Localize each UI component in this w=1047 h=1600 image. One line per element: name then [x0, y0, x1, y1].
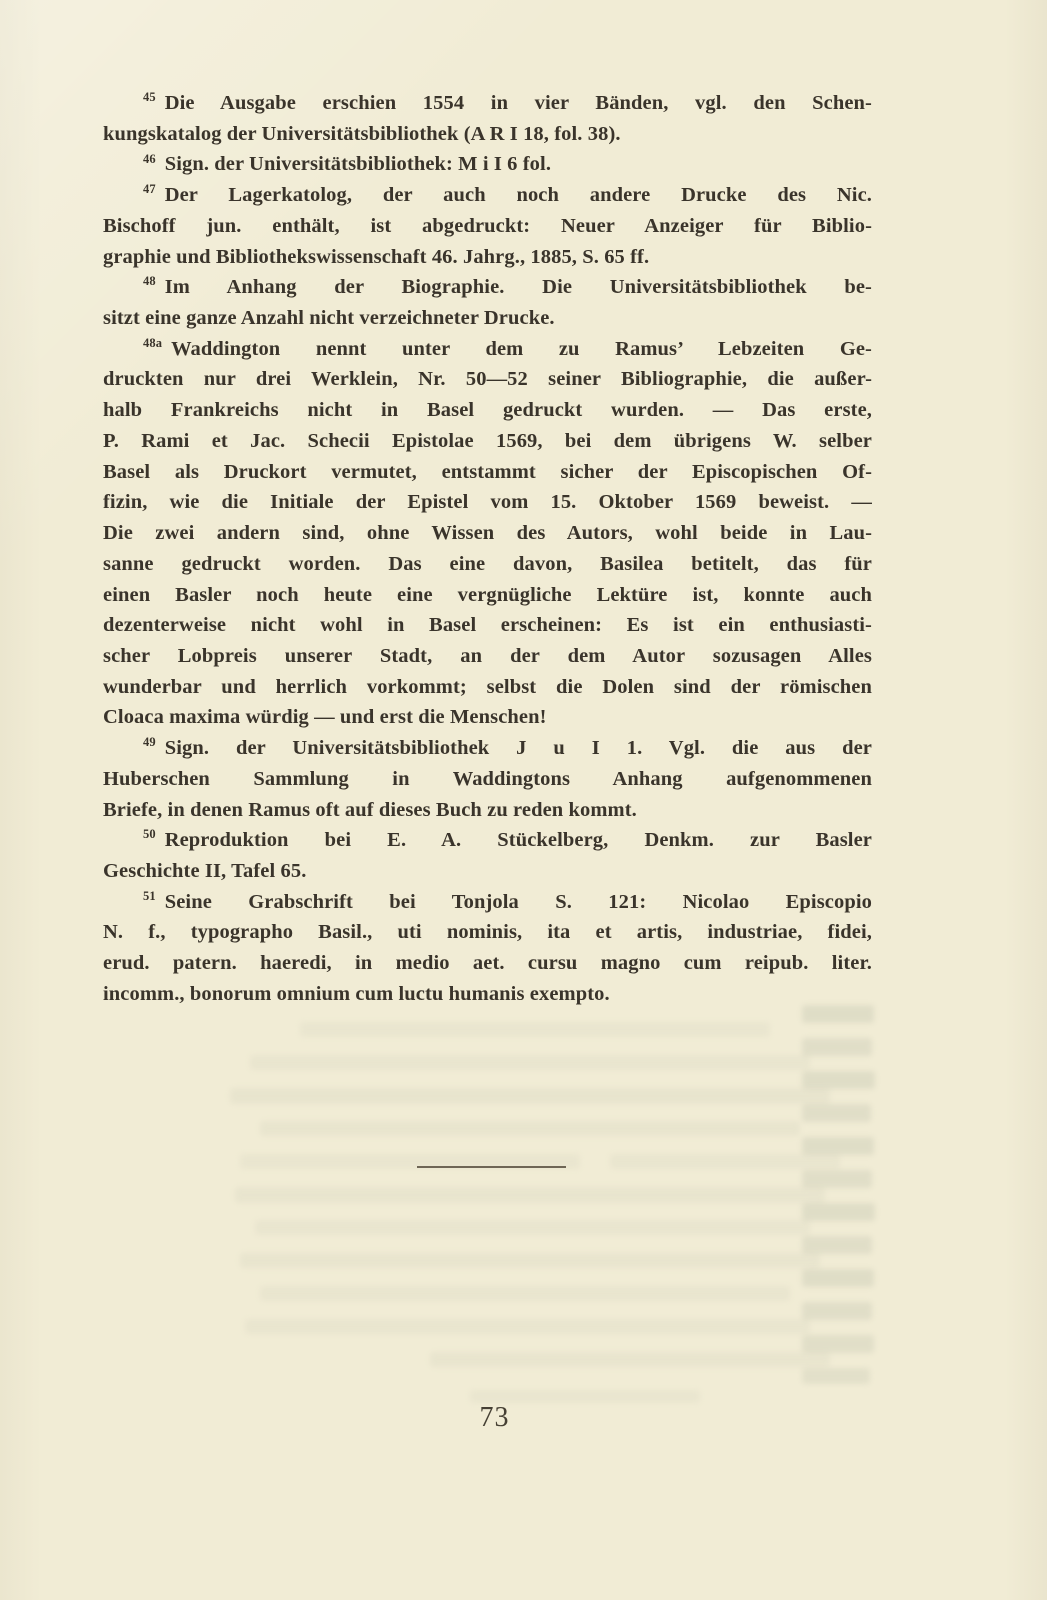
footnote-text: Sign. der Universitätsbibliothek J u I 1… — [165, 737, 872, 759]
footnote-marker: 49 — [143, 737, 156, 749]
show-through-ghost — [300, 1022, 770, 1037]
footnote-line: P. Rami et Jac. Schecii Epistolae 1569, … — [103, 430, 872, 461]
show-through-ghost — [802, 1236, 872, 1254]
footnote-line: einen Basler noch heute eine vergnüglich… — [103, 584, 872, 615]
show-through-ghost — [802, 1038, 872, 1056]
footnote-line: 50Reproduktion bei E. A. Stückelberg, De… — [103, 829, 872, 860]
footnote-line: scher Lobpreis unserer Stadt, an der dem… — [103, 645, 872, 676]
show-through-ghost — [235, 1187, 825, 1203]
show-through-ghost — [250, 1055, 810, 1070]
footnote-marker: 50 — [143, 829, 156, 841]
show-through-ghost — [802, 1104, 871, 1122]
footnote-line: Cloaca maxima würdig — und erst die Mens… — [103, 706, 872, 737]
footnote-line: Briefe, in denen Ramus oft auf dieses Bu… — [103, 799, 872, 830]
show-through-ghost — [260, 1286, 790, 1301]
footnote-text: Sign. der Universitätsbibliothek: M i I … — [165, 153, 551, 175]
page-number: 73 — [0, 1402, 1018, 1434]
footnote-text: Reproduktion bei E. A. Stückelberg, Denk… — [165, 829, 872, 851]
footnote-line: N. f., typographo Basil., uti nominis, i… — [103, 921, 872, 952]
footnote-text: Die Ausgabe erschien 1554 in vier Bänden… — [165, 92, 872, 114]
show-through-ghost — [802, 1368, 870, 1384]
footnote-line: 48aWaddington nennt unter dem zu Ramus’ … — [103, 338, 872, 369]
footnote-line: 49Sign. der Universitätsbibliothek J u I… — [103, 737, 872, 768]
footnote-line: Basel als Druckort vermutet, entstammt s… — [103, 461, 872, 492]
footnote-line: dezenterweise nicht wohl in Basel ersche… — [103, 614, 872, 645]
show-through-ghost — [240, 1253, 820, 1268]
footnote-text: Seine Grabschrift bei Tonjola S. 121: Ni… — [165, 891, 872, 913]
scanned-book-page: 45Die Ausgabe erschien 1554 in vier Bänd… — [0, 0, 1047, 1600]
footnotes-block: 45Die Ausgabe erschien 1554 in vier Bänd… — [103, 92, 872, 1014]
footnote-text: Im Anhang der Biographie. Die Universitä… — [165, 276, 872, 298]
footnote-marker: 46 — [143, 153, 156, 165]
footnote-line: graphie und Bibliothekswissenschaft 46. … — [103, 246, 872, 277]
footnote-marker: 47 — [143, 184, 156, 196]
footnote-line: incomm., bonorum omnium cum luctu humani… — [103, 983, 872, 1014]
show-through-ghost — [802, 1203, 875, 1221]
show-through-ghost — [802, 1269, 874, 1287]
footnote-marker: 45 — [143, 92, 156, 104]
footnote-line: fizin, wie die Initiale der Epistel vom … — [103, 491, 872, 522]
footnote-line: druckten nur drei Werklein, Nr. 50—52 se… — [103, 368, 872, 399]
show-through-ghost — [260, 1121, 800, 1136]
footnote-line: 47Der Lagerkatolog, der auch noch andere… — [103, 184, 872, 215]
show-through-ghost — [802, 1071, 875, 1089]
footnote-line: Bischoff jun. enthält, ist abgedruckt: N… — [103, 215, 872, 246]
footnote-line: halb Frankreichs nicht in Basel gedruckt… — [103, 399, 872, 430]
footnote-line: Geschichte II, Tafel 65. — [103, 860, 872, 891]
show-through-ghost — [230, 1088, 830, 1104]
footnote-line: sitzt eine ganze Anzahl nicht verzeichne… — [103, 307, 872, 338]
footnote-line: kungskatalog der Universitätsbibliothek … — [103, 123, 872, 154]
show-through-ghost — [610, 1154, 840, 1169]
separator-rule — [417, 1166, 566, 1168]
footnote-line: erud. patern. haeredi, in medio aet. cur… — [103, 952, 872, 983]
footnote-text: Waddington nennt unter dem zu Ramus’ Leb… — [171, 338, 872, 360]
show-through-ghost — [802, 1170, 872, 1188]
footnote-line: wunderbar und herrlich vorkommt; selbst … — [103, 676, 872, 707]
footnote-line: 46Sign. der Universitätsbibliothek: M i … — [103, 153, 872, 184]
show-through-ghost — [802, 1302, 872, 1320]
footnote-line: 48Im Anhang der Biographie. Die Universi… — [103, 276, 872, 307]
footnote-line: Huberschen Sammlung in Waddingtons Anhan… — [103, 768, 872, 799]
footnote-line: 45Die Ausgabe erschien 1554 in vier Bänd… — [103, 92, 872, 123]
show-through-ghost — [245, 1319, 810, 1334]
footnote-marker: 48 — [143, 276, 156, 288]
show-through-ghost — [255, 1220, 810, 1235]
show-through-ghost — [802, 1137, 874, 1155]
footnote-text: Der Lagerkatolog, der auch noch andere D… — [165, 184, 872, 206]
footnote-line: sanne gedruckt worden. Das eine davon, B… — [103, 553, 872, 584]
footnote-line: Die zwei andern sind, ohne Wissen des Au… — [103, 522, 872, 553]
show-through-ghost — [430, 1352, 830, 1367]
footnote-line: 51Seine Grabschrift bei Tonjola S. 121: … — [103, 891, 872, 922]
show-through-ghost — [802, 1335, 874, 1353]
footnote-marker: 51 — [143, 891, 156, 903]
footnote-marker: 48a — [143, 338, 162, 350]
